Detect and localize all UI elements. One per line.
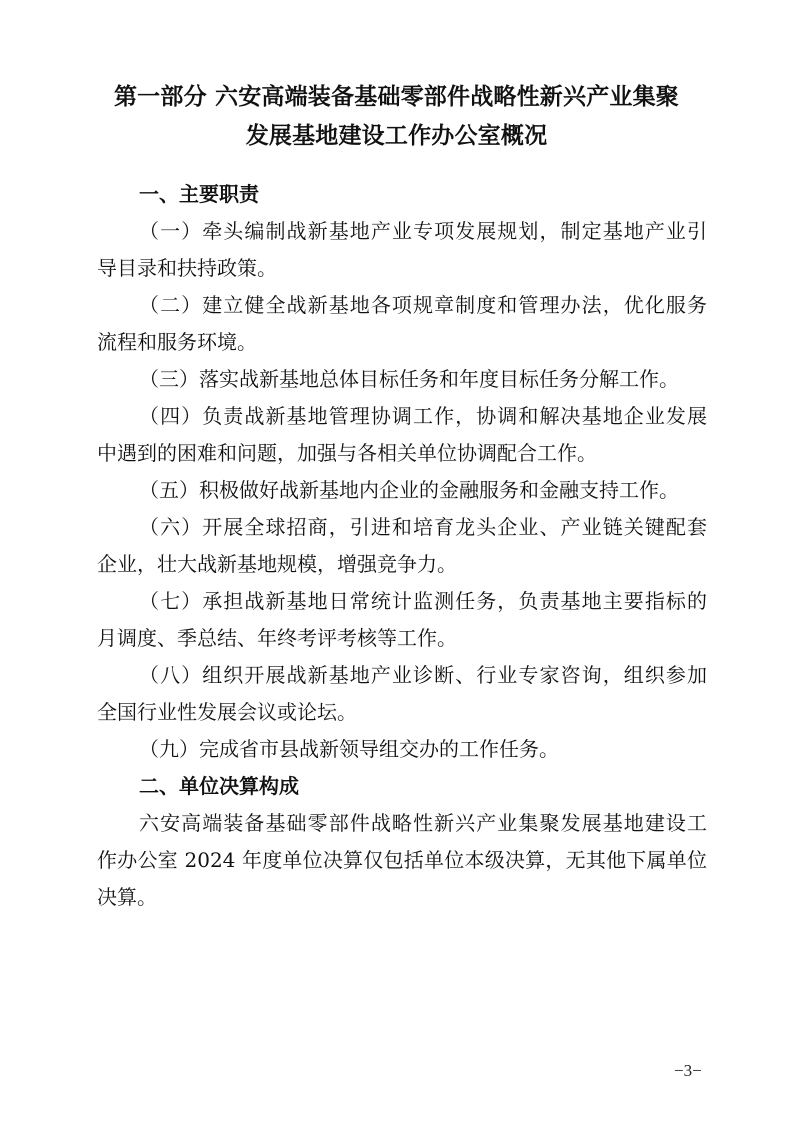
duty-item-8: （八）组织开展战新基地产业诊断、行业专家咨询，组织参加 全国行业性发展会议或论坛… bbox=[97, 657, 707, 731]
duty-item-9: （九）完成省市县战新领导组交办的工作任务。 bbox=[97, 731, 707, 768]
page-title-line-1: 第一部分 六安高端装备基础零部件战略性新兴产业集聚 bbox=[60, 78, 733, 111]
duty-item-7: （七）承担战新基地日常统计监测任务，负责基地主要指标的 月调度、季总结、年终考评… bbox=[97, 583, 707, 657]
duty-item-4: （四）负责战新基地管理协调工作，协调和解决基地企业发展 中遇到的困难和问题，加强… bbox=[97, 398, 707, 472]
paragraph-line: 导目录和扶持政策。 bbox=[97, 250, 707, 287]
paragraph-line: （五）积极做好战新基地内企业的金融服务和金融支持工作。 bbox=[97, 472, 707, 509]
paragraph-line: （三）落实战新基地总体目标任务和年度目标任务分解工作。 bbox=[97, 361, 707, 398]
paragraph-line: （四）负责战新基地管理协调工作，协调和解决基地企业发展 bbox=[97, 398, 707, 435]
document-page: 第一部分 六安高端装备基础零部件战略性新兴产业集聚 发展基地建设工作办公室概况 … bbox=[0, 0, 793, 1122]
paragraph-line: 月调度、季总结、年终考评考核等工作。 bbox=[97, 620, 707, 657]
duty-item-1: （一）牵头编制战新基地产业专项发展规划，制定基地产业引 导目录和扶持政策。 bbox=[97, 213, 707, 287]
paragraph-line: 企业，壮大战新基地规模，增强竞争力。 bbox=[97, 546, 707, 583]
duty-item-3: （三）落实战新基地总体目标任务和年度目标任务分解工作。 bbox=[97, 361, 707, 398]
paragraph-line: 六安高端装备基础零部件战略性新兴产业集聚发展基地建设工 bbox=[97, 805, 707, 842]
section-heading-main-duties: 一、主要职责 bbox=[97, 176, 707, 213]
paragraph-line: （八）组织开展战新基地产业诊断、行业专家咨询，组织参加 bbox=[97, 657, 707, 694]
duty-item-2: （二）建立健全战新基地各项规章制度和管理办法，优化服务 流程和服务环境。 bbox=[97, 287, 707, 361]
paragraph-line: 流程和服务环境。 bbox=[97, 324, 707, 361]
duty-item-5: （五）积极做好战新基地内企业的金融服务和金融支持工作。 bbox=[97, 472, 707, 509]
paragraph-line: （一）牵头编制战新基地产业专项发展规划，制定基地产业引 bbox=[97, 213, 707, 250]
paragraph-line: 全国行业性发展会议或论坛。 bbox=[97, 694, 707, 731]
paragraph-line: 决算。 bbox=[97, 879, 707, 916]
page-number: −3− bbox=[674, 1061, 702, 1081]
document-body: 一、主要职责 （一）牵头编制战新基地产业专项发展规划，制定基地产业引 导目录和扶… bbox=[97, 176, 707, 916]
unit-composition-paragraph: 六安高端装备基础零部件战略性新兴产业集聚发展基地建设工 作办公室 2024 年度… bbox=[97, 805, 707, 916]
section-heading-unit-composition: 二、单位决算构成 bbox=[97, 768, 707, 805]
paragraph-line: 作办公室 2024 年度单位决算仅包括单位本级决算，无其他下属单位 bbox=[97, 842, 707, 879]
paragraph-line: （九）完成省市县战新领导组交办的工作任务。 bbox=[97, 731, 707, 768]
duty-item-6: （六）开展全球招商，引进和培育龙头企业、产业链关键配套 企业，壮大战新基地规模，… bbox=[97, 509, 707, 583]
paragraph-line: （二）建立健全战新基地各项规章制度和管理办法，优化服务 bbox=[97, 287, 707, 324]
paragraph-line: 中遇到的困难和问题，加强与各相关单位协调配合工作。 bbox=[97, 435, 707, 472]
page-title-line-2: 发展基地建设工作办公室概况 bbox=[60, 117, 733, 150]
paragraph-line: （七）承担战新基地日常统计监测任务，负责基地主要指标的 bbox=[97, 583, 707, 620]
paragraph-line: （六）开展全球招商，引进和培育龙头企业、产业链关键配套 bbox=[97, 509, 707, 546]
